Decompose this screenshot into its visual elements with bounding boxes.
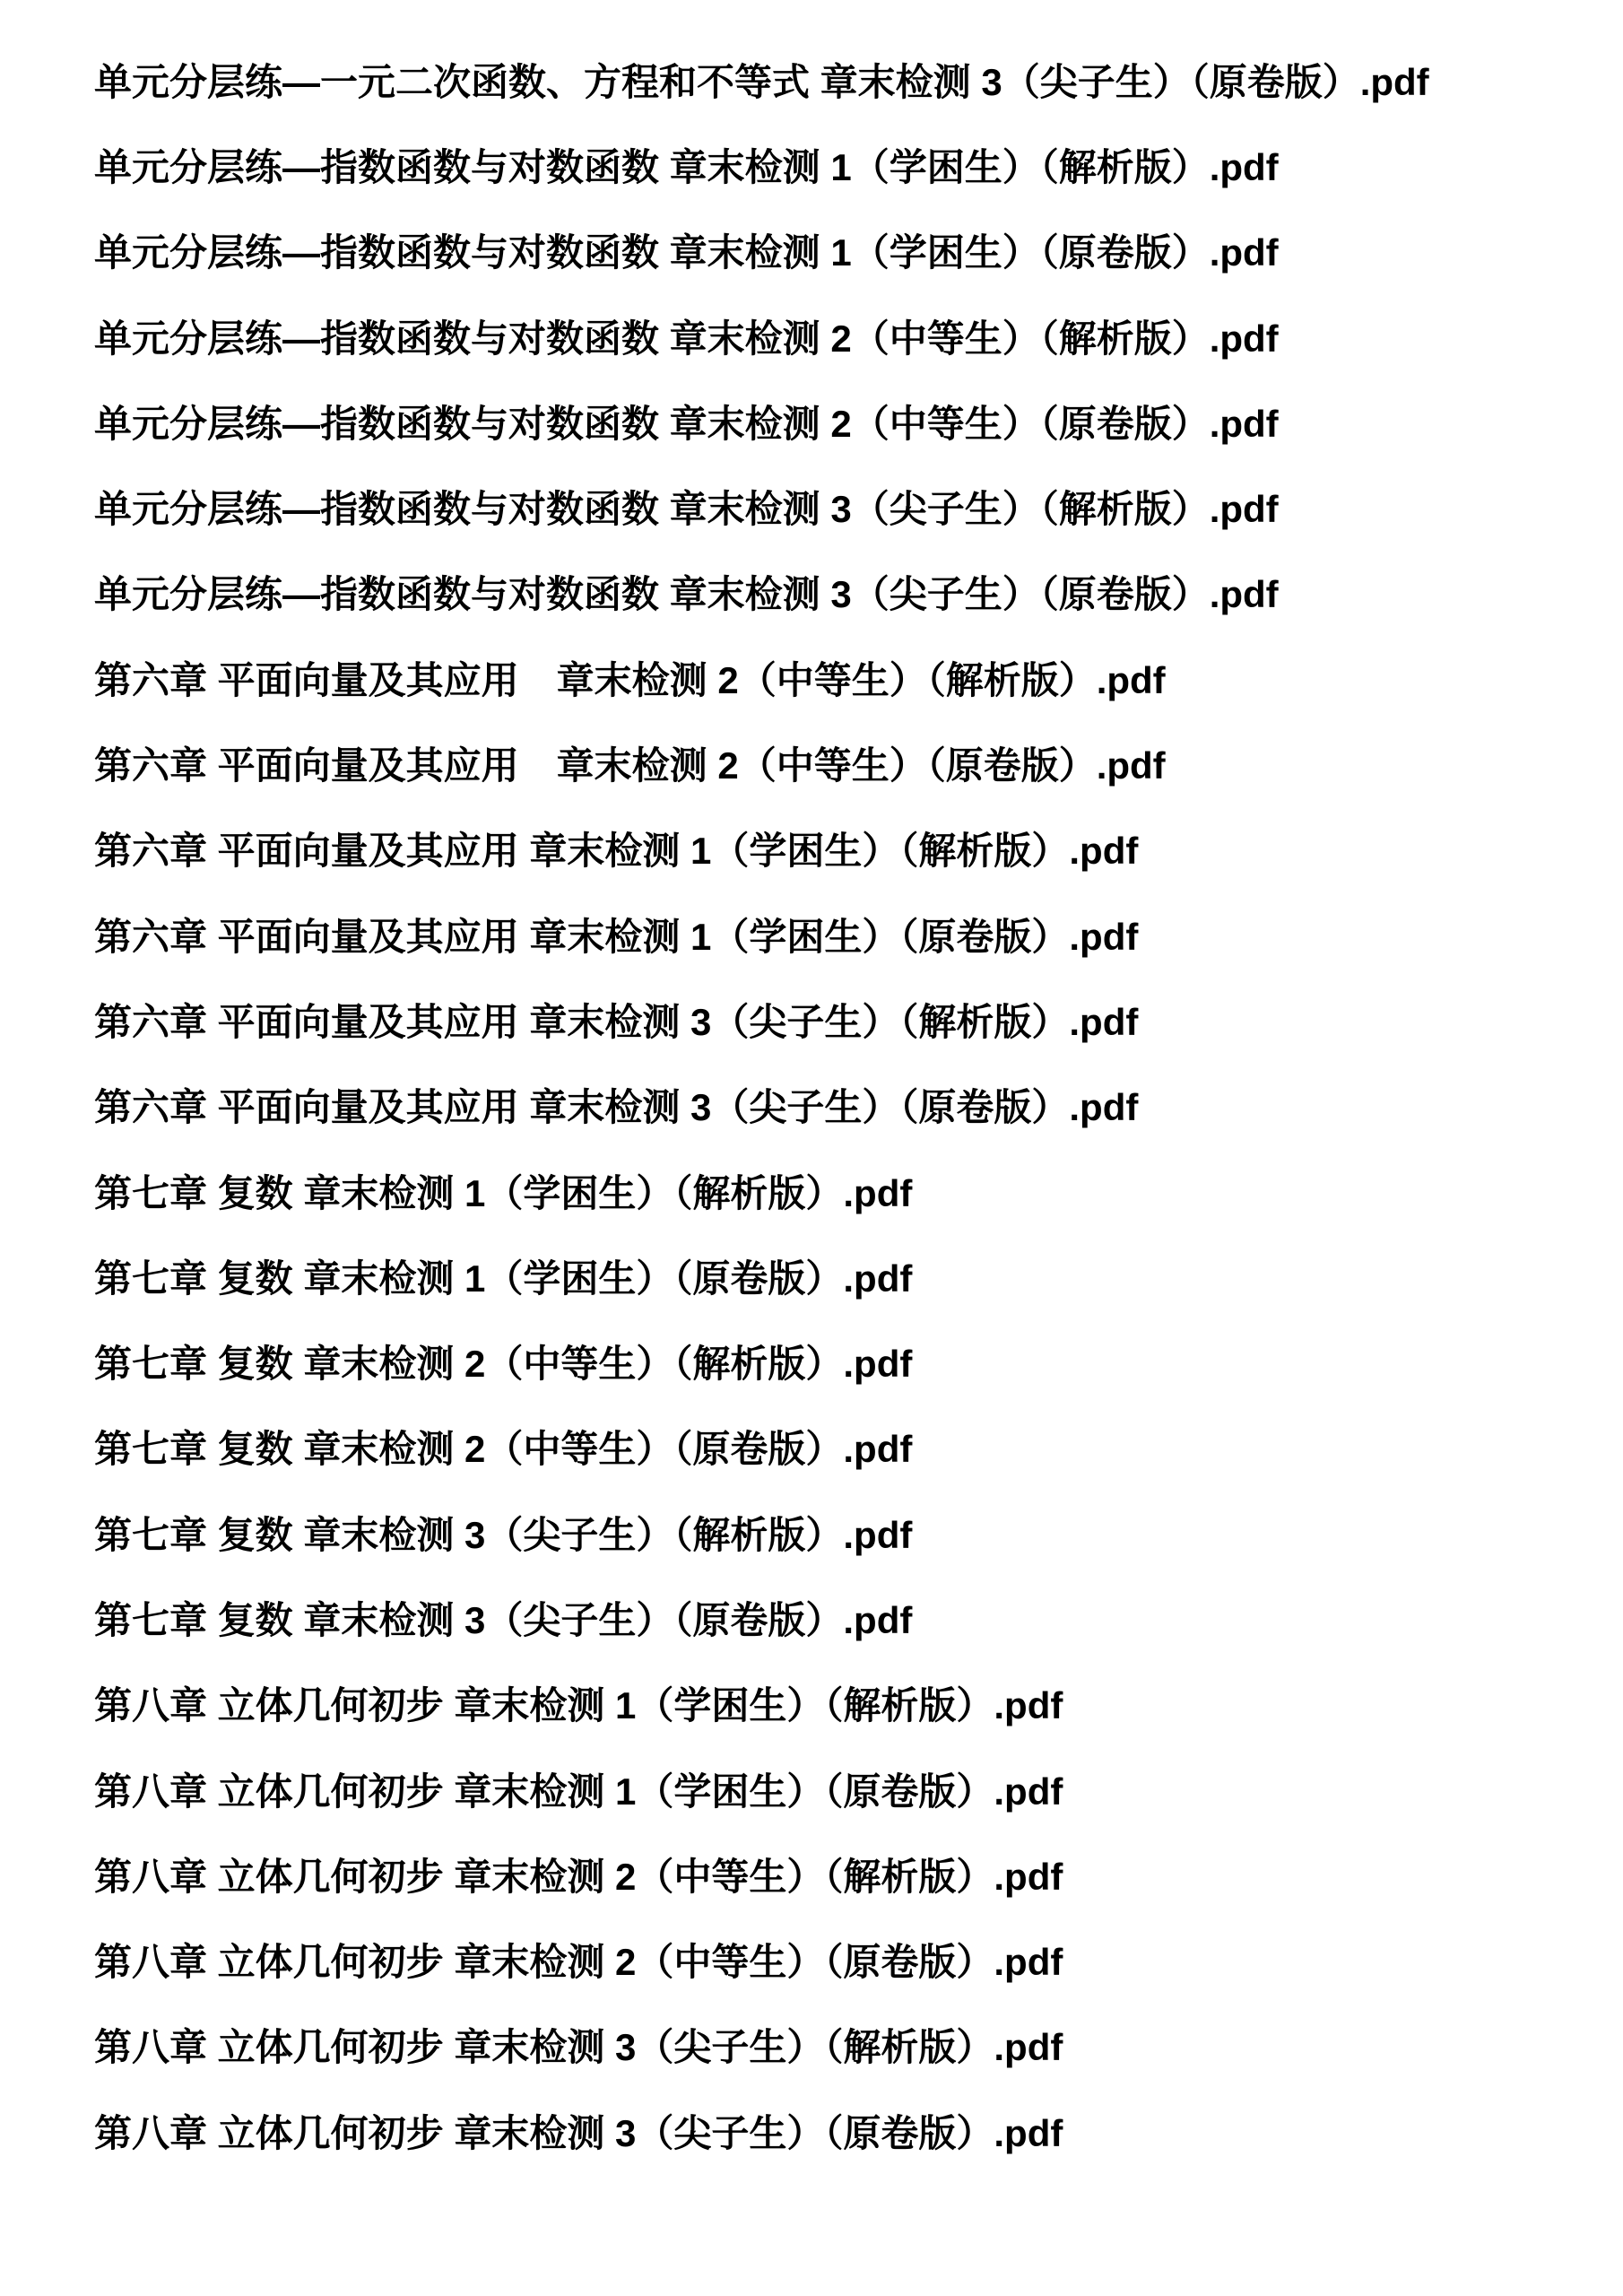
file-item[interactable]: 单元分层练—指数函数与对数函数 章末检测 1（学困生）（解析版）.pdf: [94, 125, 1605, 210]
file-list: 单元分层练—一元二次函数、方程和不等式 章末检测 3（尖子生）（原卷版）.pdf…: [0, 0, 1623, 2176]
file-item[interactable]: 第七章 复数 章末检测 3（尖子生）（原卷版）.pdf: [94, 1578, 1605, 1663]
file-item[interactable]: 第七章 复数 章末检测 1（学困生）（原卷版）.pdf: [94, 1236, 1605, 1321]
file-item[interactable]: 第八章 立体几何初步 章末检测 1（学困生）（解析版）.pdf: [94, 1664, 1605, 1749]
file-item[interactable]: 第七章 复数 章末检测 1（学困生）（解析版）.pdf: [94, 1151, 1605, 1236]
file-item[interactable]: 第八章 立体几何初步 章末检测 1（学困生）（原卷版）.pdf: [94, 1749, 1605, 1834]
file-item[interactable]: 第六章 平面向量及其应用 章末检测 3（尖子生）（解析版）.pdf: [94, 979, 1605, 1065]
file-item[interactable]: 第七章 复数 章末检测 2（中等生）（原卷版）.pdf: [94, 1407, 1605, 1492]
file-item[interactable]: 第七章 复数 章末检测 2（中等生）（解析版）.pdf: [94, 1321, 1605, 1406]
file-item[interactable]: 单元分层练—指数函数与对数函数 章末检测 2（中等生）（原卷版）.pdf: [94, 381, 1605, 466]
file-item[interactable]: 第八章 立体几何初步 章末检测 3（尖子生）（原卷版）.pdf: [94, 2091, 1605, 2176]
file-item[interactable]: 单元分层练—指数函数与对数函数 章末检测 1（学困生）（原卷版）.pdf: [94, 211, 1605, 296]
file-item[interactable]: 第七章 复数 章末检测 3（尖子生）（解析版）.pdf: [94, 1492, 1605, 1578]
file-item[interactable]: 第八章 立体几何初步 章末检测 2（中等生）（原卷版）.pdf: [94, 1920, 1605, 2005]
file-item[interactable]: 第六章 平面向量及其应用 章末检测 2（中等生）（解析版）.pdf: [94, 638, 1605, 723]
file-item[interactable]: 第六章 平面向量及其应用 章末检测 1（学困生）（解析版）.pdf: [94, 809, 1605, 894]
file-item[interactable]: 单元分层练—指数函数与对数函数 章末检测 3（尖子生）（解析版）.pdf: [94, 466, 1605, 552]
file-item[interactable]: 第六章 平面向量及其应用 章末检测 1（学困生）（原卷版）.pdf: [94, 894, 1605, 979]
file-item[interactable]: 第六章 平面向量及其应用 章末检测 2（中等生）（原卷版）.pdf: [94, 723, 1605, 808]
file-item[interactable]: 单元分层练—指数函数与对数函数 章末检测 2（中等生）（解析版）.pdf: [94, 296, 1605, 381]
file-item[interactable]: 第六章 平面向量及其应用 章末检测 3（尖子生）（原卷版）.pdf: [94, 1065, 1605, 1151]
file-item[interactable]: 第八章 立体几何初步 章末检测 3（尖子生）（解析版）.pdf: [94, 2005, 1605, 2091]
file-item[interactable]: 单元分层练—指数函数与对数函数 章末检测 3（尖子生）（原卷版）.pdf: [94, 552, 1605, 638]
file-item[interactable]: 第八章 立体几何初步 章末检测 2（中等生）（解析版）.pdf: [94, 1834, 1605, 1919]
file-item[interactable]: 单元分层练—一元二次函数、方程和不等式 章末检测 3（尖子生）（原卷版）.pdf: [94, 39, 1605, 125]
